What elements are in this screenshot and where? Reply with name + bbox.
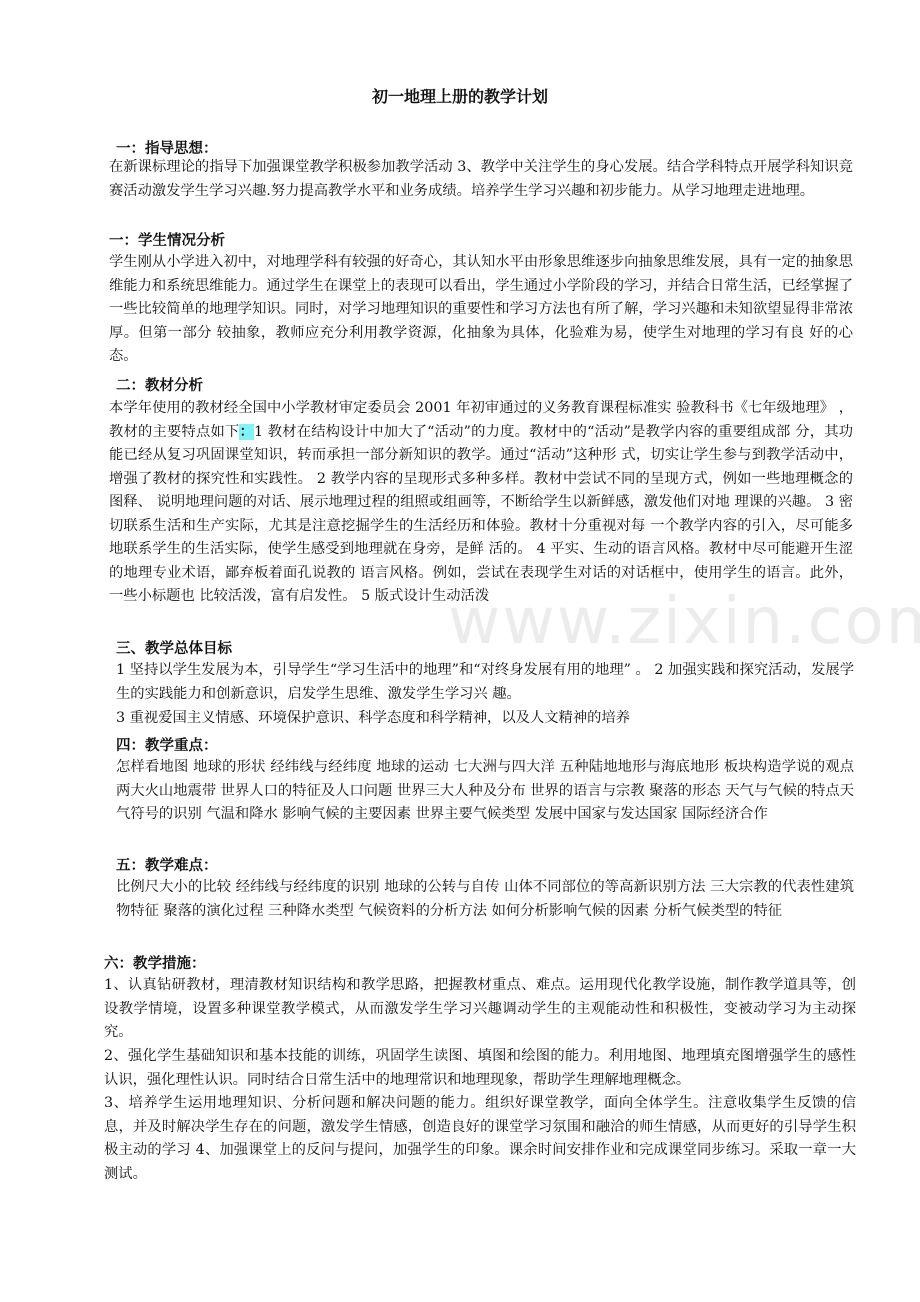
section-heading-difficulties: 五：教学难点： — [116, 854, 218, 875]
section-heading-key-points: 四：教学重点： — [116, 734, 218, 755]
paragraph-measures-1: 1、认真钻研教材，理清教材知识结构和教学思路，把握教材重点、难点。运用现代化教学… — [104, 974, 856, 1045]
paragraph-student-analysis: 学生刚从小学进入初中，对地理学科有较强的好奇心，其认知水平由形象思维逐步向抽象思… — [109, 251, 853, 369]
paragraph-measures-2: 2、强化学生基础知识和基本技能的训练，巩固学生读图、填图和绘图的能力。利用地图、… — [104, 1045, 856, 1092]
text-after-highlight: 1 教材在结构设计中加大了“活动”的力度。教材中的“活动”是教学内容的重要组成部… — [109, 424, 853, 605]
paragraph-difficulties: 比例尺大小的比较 经纬线与经纬度的识别 地球的公转与自传 山体不同部位的等高新识… — [116, 876, 854, 923]
paragraph-guiding-ideology: 在新课标理论的指导下加强课堂教学积极参加教学活动 3、教学中关注学生的身心发展。… — [109, 156, 853, 203]
highlighted-colon: ： — [239, 424, 254, 440]
document-title: 初一地理上册的教学计划 — [0, 84, 920, 107]
section-heading-textbook-analysis: 二：教材分析 — [116, 374, 203, 395]
section-heading-guiding-ideology: 一：指导思想： — [116, 137, 218, 158]
paragraph-textbook-analysis: 本学年使用的教材经全国中小学教材审定委员会 2001 年初审通过的义务教育课程标… — [109, 397, 853, 609]
section-heading-measures: 六：教学措施： — [104, 952, 206, 973]
section-heading-student-analysis: 一：学生情况分析 — [109, 229, 225, 250]
paragraph-overall-goals-1: 1 坚持以学生发展为本，引导学生“学习生活中的地理”和“对终身发展有用的地理” … — [116, 659, 854, 706]
paragraph-key-points: 怎样看地图 地球的形状 经纬线与经纬度 地球的运动 七大洲与四大洋 五种陆地地形… — [116, 756, 854, 827]
document-page: 初一地理上册的教学计划 一：指导思想： 在新课标理论的指导下加强课堂教学积极参加… — [0, 0, 920, 1302]
paragraph-measures-3: 3、培养学生运用地理知识、分析问题和解决问题的能力。组织好课堂教学，面向全体学生… — [104, 1092, 856, 1186]
paragraph-overall-goals-2: 3 重视爱国主义情感、环境保护意识、科学态度和科学精神，以及人文精神的培养 — [116, 707, 854, 731]
section-heading-overall-goals: 三、教学总体目标 — [116, 637, 232, 658]
